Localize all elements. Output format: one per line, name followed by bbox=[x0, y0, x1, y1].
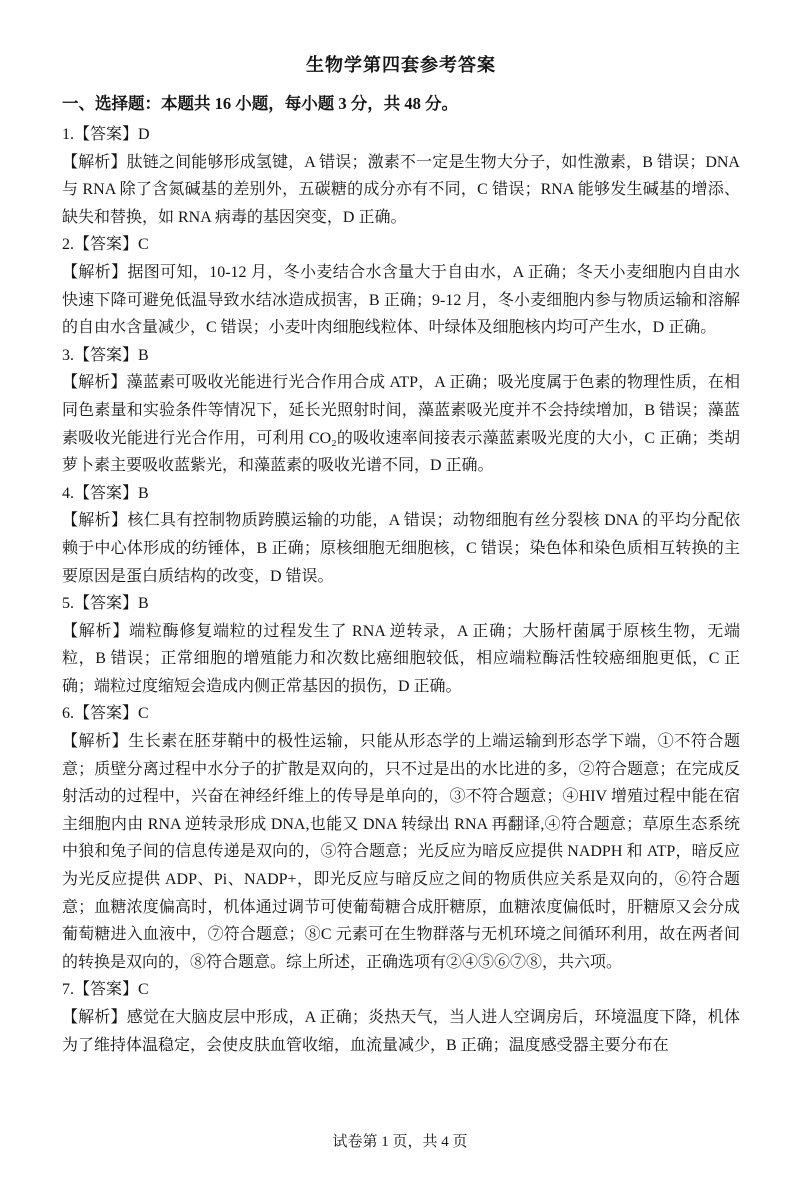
section-heading: 一、选择题：本题共 16 小题，每小题 3 分，共 48 分。 bbox=[62, 90, 740, 118]
analysis-label: 【解析】 bbox=[62, 623, 129, 640]
page-title: 生物学第四套参考答案 bbox=[62, 52, 740, 78]
analysis-label: 【解析】 bbox=[62, 733, 128, 750]
analysis-paragraph-4: 【解析】核仁具有控制物质跨膜运输的功能，A 错误；动物细胞有丝分裂核 DNA 的… bbox=[62, 507, 740, 590]
answer-label: 【答案】 bbox=[74, 485, 138, 502]
analysis-paragraph-3: 【解析】藻蓝素可吸收光能进行光合作用合成 ATP，A 正确；吸光度属于色素的物理… bbox=[62, 369, 740, 479]
analysis-paragraph-5: 【解析】端粒酶修复端粒的过程发生了 RNA 逆转录，A 正确；大肠杆菌属于原核生… bbox=[62, 618, 740, 701]
analysis-label: 【解析】 bbox=[62, 1009, 127, 1026]
analysis-paragraph-2: 【解析】据图可知，10-12 月，冬小麦结合水含量大于自由水，A 正确；冬天小麦… bbox=[62, 259, 740, 342]
answer-label: 【答案】 bbox=[74, 595, 138, 612]
analysis-paragraph-6: 【解析】生长素在胚芽鞘中的极性运输，只能从形态学的上端运输到形态学下端，①不符合… bbox=[62, 728, 740, 976]
answer-label: 【答案】 bbox=[74, 236, 138, 253]
analysis-text: 据图可知，10-12 月，冬小麦结合水含量大于自由水，A 正确；冬天小麦细胞内自… bbox=[62, 264, 740, 336]
analysis-text: 感觉在大脑皮层中形成，A 正确；炎热天气，当人进人空调房后，环境温度下降，机体为… bbox=[62, 1009, 740, 1054]
answer-line-7: 7.【答案】C bbox=[62, 976, 740, 1004]
analysis-paragraph-1: 【解析】肽链之间能够形成氢键，A 错误；激素不一定是生物大分子，如性激素，B 错… bbox=[62, 149, 740, 232]
analysis-text: 生长素在胚芽鞘中的极性运输，只能从形态学的上端运输到形态学下端，①不符合题意；质… bbox=[62, 733, 740, 971]
question-number: 7. bbox=[62, 981, 74, 998]
page-footer: 试卷第 1 页，共 4 页 bbox=[0, 1130, 800, 1151]
answer-value: D bbox=[138, 126, 150, 143]
answer-value: B bbox=[138, 595, 149, 612]
answer-value: C bbox=[138, 705, 149, 722]
answer-label: 【答案】 bbox=[74, 981, 138, 998]
analysis-text: 藻蓝素可吸收光能进行光合作用合成 ATP，A 正确；吸光度属于色素的物理性质，在… bbox=[62, 374, 740, 474]
answer-label: 【答案】 bbox=[74, 347, 138, 364]
answer-line-5: 5.【答案】B bbox=[62, 590, 740, 618]
question-number: 5. bbox=[62, 595, 74, 612]
question-number: 2. bbox=[62, 236, 74, 253]
answer-value: B bbox=[138, 485, 149, 502]
analysis-paragraph-7: 【解析】感觉在大脑皮层中形成，A 正确；炎热天气，当人进人空调房后，环境温度下降… bbox=[62, 1004, 740, 1059]
analysis-label: 【解析】 bbox=[62, 512, 127, 529]
answer-label: 【答案】 bbox=[74, 705, 138, 722]
question-number: 4. bbox=[62, 485, 74, 502]
analysis-text: 肽链之间能够形成氢键，A 错误；激素不一定是生物大分子，如性激素，B 错误；DN… bbox=[62, 154, 740, 226]
analysis-text: 核仁具有控制物质跨膜运输的功能，A 错误；动物细胞有丝分裂核 DNA 的平均分配… bbox=[62, 512, 740, 584]
answer-line-6: 6.【答案】C bbox=[62, 700, 740, 728]
analysis-label: 【解析】 bbox=[62, 264, 127, 281]
answer-line-1: 1.【答案】D bbox=[62, 121, 740, 149]
answer-line-3: 3.【答案】B bbox=[62, 342, 740, 370]
answer-value: C bbox=[138, 981, 149, 998]
analysis-label: 【解析】 bbox=[62, 154, 127, 171]
answer-value: C bbox=[138, 236, 149, 253]
question-number: 6. bbox=[62, 705, 74, 722]
document-page: 生物学第四套参考答案 一、选择题：本题共 16 小题，每小题 3 分，共 48 … bbox=[0, 0, 800, 1197]
answer-label: 【答案】 bbox=[74, 126, 138, 143]
question-number: 3. bbox=[62, 347, 74, 364]
answer-line-2: 2.【答案】C bbox=[62, 231, 740, 259]
question-number: 1. bbox=[62, 126, 74, 143]
answer-line-4: 4.【答案】B bbox=[62, 480, 740, 508]
answer-value: B bbox=[138, 347, 149, 364]
analysis-text: 端粒酶修复端粒的过程发生了 RNA 逆转录，A 正确；大肠杆菌属于原核生物，无端… bbox=[62, 623, 740, 695]
analysis-label: 【解析】 bbox=[62, 374, 127, 391]
